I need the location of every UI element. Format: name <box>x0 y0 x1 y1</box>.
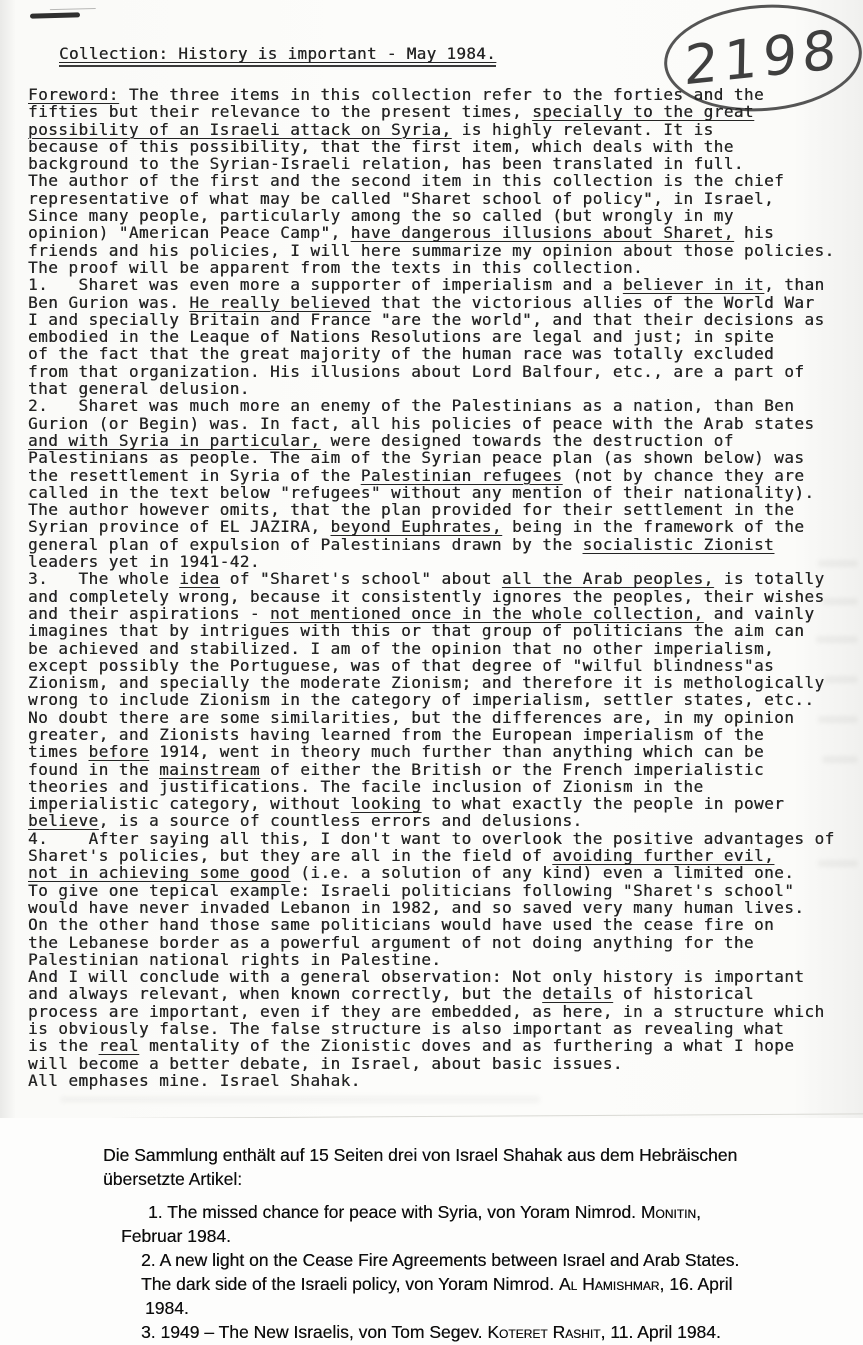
text-segment: mentality of the Zionistic doves and as … <box>139 1036 794 1055</box>
text-segment: Syrian province of EL JAZIRA, <box>28 517 330 536</box>
text-line: and always relevant, when known correctl… <box>28 985 858 1002</box>
text-segment: is highly relevant. It is <box>451 120 713 139</box>
text-line: The proof will be apparent from the text… <box>28 259 858 276</box>
scan-artifact <box>824 676 858 683</box>
underlined-text: before <box>89 742 150 761</box>
text-line: Februar 1984. <box>103 1224 843 1248</box>
text-line: Since many people, particularly among th… <box>28 207 858 224</box>
text-line: leaders yet in 1941-42. <box>28 553 858 570</box>
text-line: The author of the first and the second i… <box>28 172 858 189</box>
text-segment: imperialistic category, without <box>28 794 351 813</box>
text-line: Syrian province of EL JAZIRA, beyond Eup… <box>28 518 858 535</box>
text-segment: called in the text below "refugees" with… <box>28 483 814 502</box>
text-line: theories and justifications. The facile … <box>28 778 858 795</box>
text-line: To give one tepical example: Israeli pol… <box>28 882 858 899</box>
text-line: And I will conclude with a general obser… <box>28 968 858 985</box>
text-segment: Palestinian national rights in Palestine… <box>28 950 441 969</box>
text-segment: The proof will be apparent from the text… <box>28 258 643 277</box>
text-segment: of the fact that the great majority of t… <box>28 344 774 363</box>
text-line: background to the Syrian-Israeli relatio… <box>28 155 858 172</box>
scan-artifact <box>822 756 858 763</box>
small-caps-text: Monitin <box>641 1202 696 1222</box>
text-segment: background to the Syrian-Israeli relatio… <box>28 154 744 173</box>
text-segment: , is a source of countless errors and de… <box>99 811 583 830</box>
text-line: is obviously false. The false structure … <box>28 1020 858 1037</box>
text-line: Zionism, and specially the moderate Zion… <box>28 674 858 691</box>
small-caps-text: Koteret Rashit <box>487 1322 600 1342</box>
text-segment: 3. 1949 – The New Israelis, von Tom Sege… <box>141 1322 487 1342</box>
underlined-text: socialistic Zionist <box>583 535 775 554</box>
text-line: and with Syria in particular, were desig… <box>28 432 858 449</box>
text-line: called in the text below "refugees" with… <box>28 484 858 501</box>
handwritten-dash-mark <box>30 12 80 18</box>
text-segment: I and specially Britain and France "are … <box>28 310 825 329</box>
text-segment: On the other hand those same politicians… <box>28 915 774 934</box>
text-line: from that organization. His illusions ab… <box>28 363 858 380</box>
text-segment: fifties but their relevance to the prese… <box>28 102 532 121</box>
scan-artifact <box>822 598 858 605</box>
text-segment: of historical <box>613 984 754 1003</box>
text-segment: be achieved and stabilized. I am of the … <box>28 639 774 658</box>
text-segment: being in the framework of the <box>502 517 804 536</box>
text-segment: friends and his policies, I will here su… <box>28 241 835 260</box>
text-segment: Gurion (or Begin) was. In fact, all his … <box>28 414 814 433</box>
underlined-text: real <box>99 1036 139 1055</box>
text-segment: would have never invaded Lebanon in 1982… <box>28 898 804 917</box>
text-segment: is the <box>28 1036 99 1055</box>
text-line: and completely wrong, because it consist… <box>28 588 858 605</box>
text-line: Die Sammlung enthält auf 15 Seiten drei … <box>103 1143 843 1167</box>
underlined-text: avoiding further evil, <box>552 846 774 865</box>
text-line: imagines that by intrigues with this or … <box>28 622 858 639</box>
text-line: No doubt there are some similarities, bu… <box>28 709 858 726</box>
text-segment: and always relevant, when known correctl… <box>28 984 542 1003</box>
text-line: greater, and Zionists having learned fro… <box>28 726 858 743</box>
text-segment: were designed towards the destruction of <box>320 431 733 450</box>
text-segment: The author however omits, that the plan … <box>28 500 794 519</box>
underlined-text: beyond Euphrates, <box>330 517 501 536</box>
scan-artifact <box>818 716 858 723</box>
text-line: 2. Sharet was much more an enemy of the … <box>28 397 858 414</box>
text-segment: theories and justifications. The facile … <box>28 777 704 796</box>
text-line: of the fact that the great majority of t… <box>28 345 858 362</box>
text-line: 3. 1949 – The New Israelis, von Tom Sege… <box>103 1320 843 1344</box>
text-line: representative of what may be called "Sh… <box>28 190 858 207</box>
text-line: that general delusion. <box>28 380 858 397</box>
text-line: 2. A new light on the Cease Fire Agreeme… <box>103 1248 843 1272</box>
underlined-text: Foreword: <box>28 85 119 104</box>
text-segment: from that organization. His illusions ab… <box>28 362 804 381</box>
text-line: The dark side of the Israeli policy, von… <box>103 1272 843 1296</box>
text-line: except possibly the Portuguese, was of t… <box>28 657 858 674</box>
text-line: opinion) "American Peace Camp", have dan… <box>28 224 858 241</box>
stamp-number: 2198 <box>684 23 842 94</box>
underlined-text: not mentioned once in the whole collecti… <box>270 604 704 623</box>
text-segment: process are important, even if they are … <box>28 1002 825 1021</box>
text-segment: of either the British or the French impe… <box>260 760 764 779</box>
text-segment: the Lebanese border as a powerful argume… <box>28 933 754 952</box>
text-line: Sharet's policies, but they are all in t… <box>28 847 858 864</box>
scan-artifact <box>60 1096 540 1103</box>
text-line <box>103 1191 843 1200</box>
text-segment: embodied in the Leaque of Nations Resolu… <box>28 327 774 346</box>
scan-artifact <box>816 636 858 643</box>
text-segment: his <box>734 223 774 242</box>
underlined-text: idea <box>179 569 219 588</box>
text-line: because of this possibility, that the fi… <box>28 138 858 155</box>
text-segment: found in the <box>28 760 159 779</box>
text-segment: (i.e. a solution of any kind) even a lim… <box>290 863 794 882</box>
underlined-text: specially to the great <box>532 102 754 121</box>
text-segment: Palestinians as people. The aim of the S… <box>28 448 804 467</box>
scan-artifact <box>818 560 858 567</box>
text-line: the Lebanese border as a powerful argume… <box>28 934 858 951</box>
text-segment: No doubt there are some similarities, bu… <box>28 708 794 727</box>
text-segment: because of this possibility, that the fi… <box>28 137 734 156</box>
text-segment: , 16. April <box>659 1274 732 1294</box>
text-line: imperialistic category, without looking … <box>28 795 858 812</box>
underlined-text: not in achieving some good <box>28 863 290 882</box>
text-segment: that the victorious allies of the World … <box>371 293 815 312</box>
text-segment: greater, and Zionists having learned fro… <box>28 725 764 744</box>
text-segment: The dark side of the Israeli policy, von… <box>141 1274 559 1294</box>
text-line: wrong to include Zionism in the category… <box>28 691 858 708</box>
text-segment: To give one tepical example: Israeli pol… <box>28 881 794 900</box>
text-line: would have never invaded Lebanon in 1982… <box>28 899 858 916</box>
text-line: fifties but their relevance to the prese… <box>28 103 858 120</box>
text-segment: (not by chance they are <box>562 466 804 485</box>
text-segment: is totally <box>714 569 825 588</box>
text-segment: of "Sharet's school" about <box>220 569 502 588</box>
text-line: embodied in the Leaque of Nations Resolu… <box>28 328 858 345</box>
text-line: 4. After saying all this, I don't want t… <box>28 830 858 847</box>
text-line: Gurion (or Begin) was. In fact, all his … <box>28 415 858 432</box>
text-line: Palestinians as people. The aim of the S… <box>28 449 858 466</box>
text-segment: Since many people, particularly among th… <box>28 206 734 225</box>
text-segment: Die Sammlung enthält auf 15 Seiten drei … <box>103 1145 737 1165</box>
text-segment: to what exactly the people in power <box>421 794 784 813</box>
text-segment: Ben Gurion was. <box>28 293 189 312</box>
text-segment: The author of the first and the second i… <box>28 171 784 190</box>
text-segment: times <box>28 742 89 761</box>
text-segment: 1. Sharet was even more a supporter of i… <box>28 275 623 294</box>
underlined-text: details <box>542 984 613 1003</box>
text-line: the resettlement in Syria of the Palesti… <box>28 467 858 484</box>
text-segment: representative of what may be called "Sh… <box>28 189 774 208</box>
document-title: Collection: History is important - May 1… <box>59 44 496 67</box>
text-segment: general plan of expulsion of Palestinian… <box>28 535 583 554</box>
text-segment: 1984. <box>145 1298 189 1318</box>
text-line: found in the mainstream of either the Br… <box>28 761 858 778</box>
text-segment: 3. The whole <box>28 569 179 588</box>
text-line: 1. The missed chance for peace with Syri… <box>103 1200 843 1224</box>
text-segment: 2. A new light on the Cease Fire Agreeme… <box>141 1250 739 1270</box>
text-segment: 4. After saying all this, I don't want t… <box>28 829 835 848</box>
small-caps-text: Al Hamishmar <box>559 1274 660 1294</box>
text-segment: Februar 1984. <box>121 1226 231 1246</box>
underlined-text: possibility of an Israeli attack on Syri… <box>28 120 451 139</box>
text-segment: übersetzte Artikel: <box>103 1169 242 1189</box>
underlined-text: believer in it <box>623 275 764 294</box>
text-line: Foreword: The three items in this collec… <box>28 86 858 103</box>
text-line: friends and his policies, I will here su… <box>28 242 858 259</box>
text-segment: that general delusion. <box>28 379 250 398</box>
scan-artifact <box>818 860 858 867</box>
text-segment: All emphases mine. Israel Shahak. <box>28 1071 361 1090</box>
underlined-text: He really believed <box>189 293 371 312</box>
text-line: 1984. <box>103 1296 843 1320</box>
text-line: I and specially Britain and France "are … <box>28 311 858 328</box>
text-segment: the resettlement in Syria of the <box>28 466 361 485</box>
text-segment: will become a better debate, in Israel, … <box>28 1054 623 1073</box>
underlined-text: and with Syria in particular, <box>28 431 320 450</box>
text-segment: The three items in this collection refer… <box>119 85 764 104</box>
text-line: possibility of an Israeli attack on Syri… <box>28 121 858 138</box>
text-segment: and their aspirations - <box>28 604 270 623</box>
text-line: will become a better debate, in Israel, … <box>28 1055 858 1072</box>
text-segment: imagines that by intrigues with this or … <box>28 621 804 640</box>
text-line: is the real mentality of the Zionistic d… <box>28 1037 858 1054</box>
text-segment: is obviously false. The false structure … <box>28 1019 784 1038</box>
text-segment: , 11. April 1984. <box>601 1322 721 1342</box>
text-line: Palestinian national rights in Palestine… <box>28 951 858 968</box>
text-line: and their aspirations - not mentioned on… <box>28 605 858 622</box>
appendix-block: Die Sammlung enthält auf 15 Seiten drei … <box>103 1143 843 1344</box>
text-segment: except possibly the Portuguese, was of t… <box>28 656 774 675</box>
text-line: Ben Gurion was. He really believed that … <box>28 294 858 311</box>
text-segment: Zionism, and specially the moderate Zion… <box>28 673 825 692</box>
text-line: übersetzte Artikel: <box>103 1167 843 1191</box>
text-segment: opinion) "American Peace Camp", <box>28 223 351 242</box>
underlined-text: have dangerous illusions about Sharet, <box>351 223 734 242</box>
text-segment: And I will conclude with a general obser… <box>28 967 804 986</box>
underlined-text: mainstream <box>159 760 260 779</box>
text-segment: and vainly <box>704 604 815 623</box>
text-line: 3. The whole idea of "Sharet's school" a… <box>28 570 858 587</box>
text-line: The author however omits, that the plan … <box>28 501 858 518</box>
text-line: not in achieving some good (i.e. a solut… <box>28 864 858 881</box>
underlined-text: believe <box>28 811 99 830</box>
text-line: times before 1914, went in theory much f… <box>28 743 858 760</box>
text-segment: Sharet's policies, but they are all in t… <box>28 846 552 865</box>
scanned-page: 2198 Collection: History is important - … <box>0 0 863 1345</box>
text-line: process are important, even if they are … <box>28 1003 858 1020</box>
text-line: believe, is a source of countless errors… <box>28 812 858 829</box>
text-line: All emphases mine. Israel Shahak. <box>28 1072 858 1089</box>
text-segment: , <box>696 1202 701 1222</box>
text-segment: 2. Sharet was much more an enemy of the … <box>28 396 794 415</box>
typewritten-body: Foreword: The three items in this collec… <box>28 86 858 1089</box>
text-segment: leaders yet in 1941-42. <box>28 552 260 571</box>
text-segment: and completely wrong, because it consist… <box>28 587 825 606</box>
underlined-text: all the Arab peoples, <box>502 569 714 588</box>
text-line: On the other hand those same politicians… <box>28 916 858 933</box>
text-segment: , than <box>764 275 825 294</box>
text-segment: 1. The missed chance for peace with Syri… <box>148 1202 641 1222</box>
text-segment: wrong to include Zionism in the category… <box>28 690 814 709</box>
text-segment: 1914, went in theory much further than a… <box>149 742 764 761</box>
text-line: general plan of expulsion of Palestinian… <box>28 536 858 553</box>
text-line: 1. Sharet was even more a supporter of i… <box>28 276 858 293</box>
underlined-text: looking <box>351 794 422 813</box>
underlined-text: Palestinian refugees <box>361 466 563 485</box>
text-line: be achieved and stabilized. I am of the … <box>28 640 858 657</box>
